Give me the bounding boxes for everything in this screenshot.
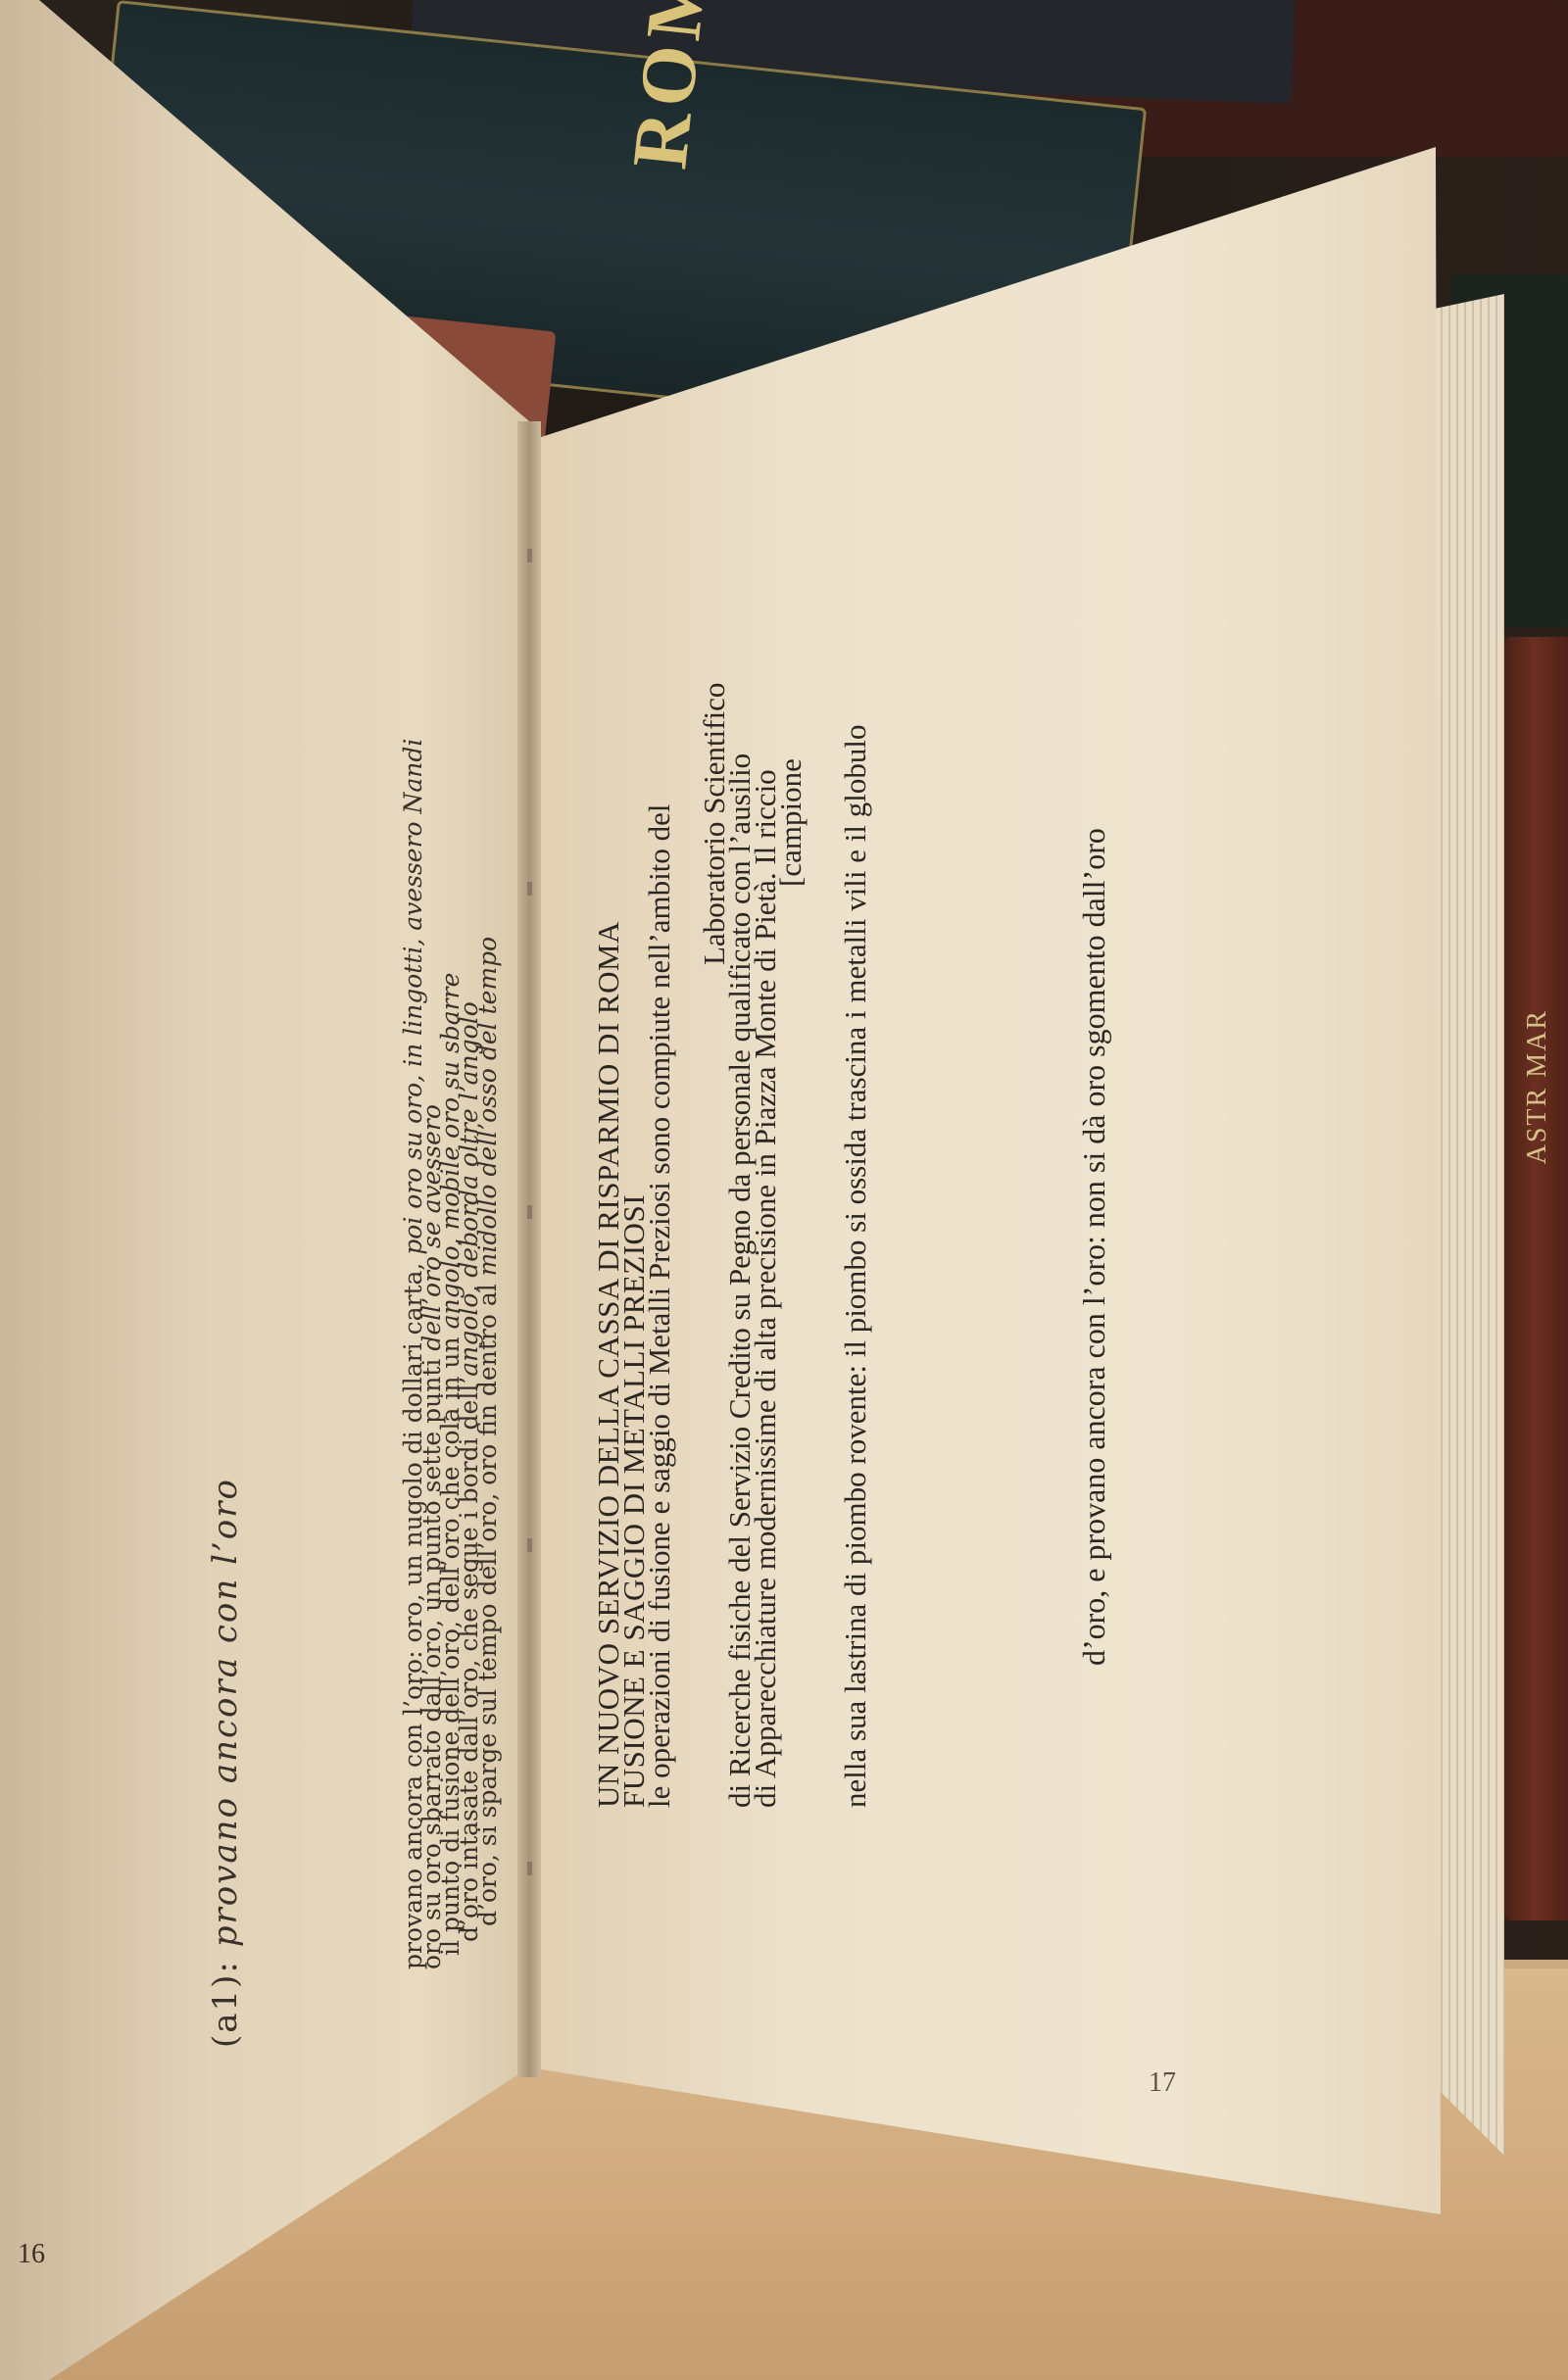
background-book-red-right: ASTR MAR xyxy=(1504,637,1568,1920)
body-line: nella sua lastrina di piombo rovente: il… xyxy=(843,683,868,1808)
poem-line: d’oro, si sparge sul tempo dell’oro, oro… xyxy=(478,739,497,1969)
binding-stitch xyxy=(527,1862,532,1875)
binding-stitch xyxy=(527,882,532,896)
spine-title: ROMA xyxy=(615,0,732,173)
heading-prefix: (a1): xyxy=(206,1947,245,2048)
page-number-left: 16 xyxy=(18,2239,45,2270)
spine-title-right: ASTR MAR xyxy=(1522,1009,1553,1164)
left-page-heading: (a1): provano ancora con l’oro xyxy=(206,1478,245,2048)
left-page-poem: provano ancora con l’oro: oro, un nugolo… xyxy=(404,739,497,1969)
page-number-right: 17 xyxy=(1149,2067,1176,2099)
right-page-footer-line: d’oro, e provano ancora con l’oro: non s… xyxy=(1076,828,1112,1666)
binding-stitch xyxy=(527,1538,532,1552)
heading-italic: provano ancora con l’oro xyxy=(206,1478,245,1947)
right-page-text: UN NUOVO SERVIZIO DELLA CASSA DI RISPARM… xyxy=(596,683,868,1808)
binding-stitch xyxy=(527,549,532,562)
book-gutter xyxy=(517,421,541,2077)
body-line: le operazioni di fusione e saggio di Met… xyxy=(647,683,672,1808)
binding-stitch xyxy=(527,1205,532,1219)
